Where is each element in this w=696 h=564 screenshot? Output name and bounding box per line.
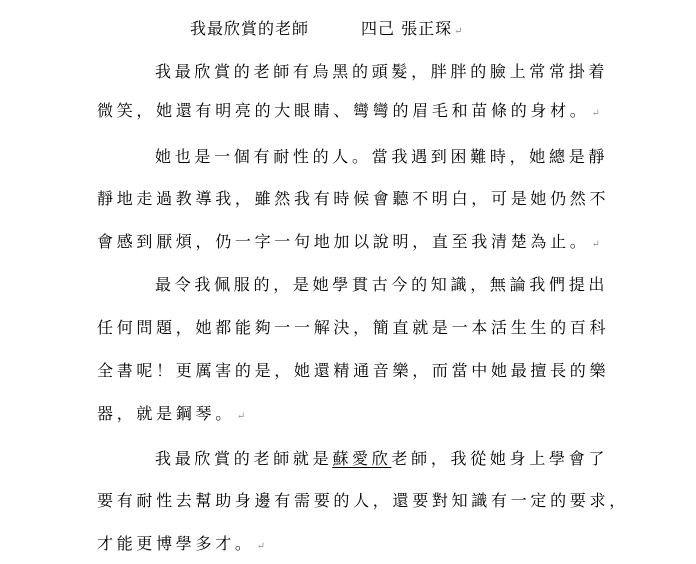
line-text: 老師，我從她身上學會了 (391, 449, 608, 468)
paragraph-3-line-1: 最令我佩服的，是她學貫古今的知識，無論我們提出 (97, 274, 655, 296)
paragraph-mark-icon: ↵ (257, 541, 265, 552)
line-text: 器，就是鋼琴。 (97, 404, 235, 423)
author-name: 張正琛 (401, 19, 452, 38)
paragraph-3-line-3: 全書呢！更厲害的是，她還精通音樂，而當中她最擅長的樂 (97, 360, 597, 382)
line-text: 會感到厭煩，仍一字一句地加以說明，直至我清楚為止。 (97, 232, 590, 251)
line-text: 微笑，她還有明亮的大眼睛、彎彎的眉毛和苗條的身材。 (97, 101, 590, 120)
line-text: 才能更博學多才。 (97, 534, 255, 553)
paragraph-mark-icon: ↵ (592, 239, 600, 250)
paragraph-1-line-1: 我最欣賞的老師有烏黑的頭髮，胖胖的臉上常常掛着 (97, 61, 655, 83)
paragraph-2-line-2: 靜地走過教導我，雖然我有時候會聽不明白，可是她仍然不 (97, 188, 597, 210)
class-name: 四己 (361, 19, 395, 38)
paragraph-mark-icon: ↵ (454, 26, 462, 37)
paragraph-4-line-1: 我最欣賞的老師就是蘇愛欣老師，我從她身上學會了 (97, 448, 655, 470)
paragraph-mark-icon: ↵ (237, 411, 245, 422)
paragraph-mark-icon: ↵ (592, 108, 600, 119)
line-text: 我最欣賞的老師就是 (155, 449, 332, 468)
paragraph-3-line-4: 器，就是鋼琴。↵ (97, 403, 597, 428)
paragraph-2-line-1: 她也是一個有耐性的人。當我遇到困難時，她總是靜 (97, 146, 655, 168)
essay-title: 我最欣賞的老師 (190, 19, 309, 38)
teacher-name-underlined: 蘇愛欣 (332, 449, 391, 468)
paragraph-4-line-3: 才能更博學多才。↵ (97, 533, 597, 558)
essay-title-line: 我最欣賞的老師四己 張正琛↵ (190, 16, 463, 39)
paragraph-3-line-2: 任何問題，她都能夠一一解決，簡直就是一本活生生的百科 (97, 317, 597, 339)
paragraph-1-line-2: 微笑，她還有明亮的大眼睛、彎彎的眉毛和苗條的身材。↵ (97, 100, 597, 125)
paragraph-2-line-3: 會感到厭煩，仍一字一句地加以說明，直至我清楚為止。↵ (97, 231, 597, 256)
paragraph-4-line-2: 要有耐性去幫助身邊有需要的人，還要對知識有一定的要求， (97, 490, 597, 512)
